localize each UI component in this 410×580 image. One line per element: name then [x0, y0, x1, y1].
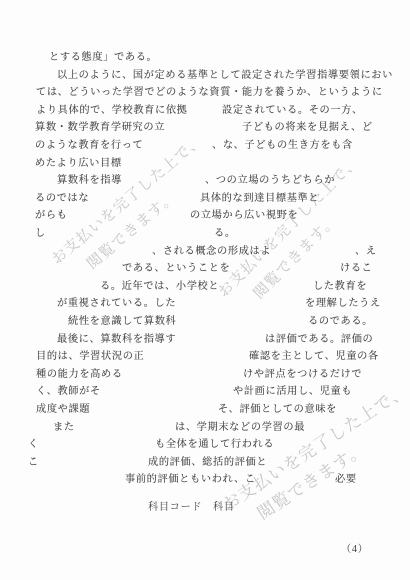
text-fragment: 確認を主として、児童の各 — [249, 347, 379, 362]
text-fragment: く — [28, 435, 39, 450]
text-fragment: した教育を — [313, 277, 367, 292]
text-fragment: し — [35, 224, 46, 239]
doc-line: ては、どういった学習でどのような資質・能力を養うか、というように — [0, 83, 410, 101]
doc-line: である、ということをけるこ — [0, 259, 410, 277]
text-fragment: 続性を意識して算数科 — [68, 312, 176, 327]
text-fragment: 、な、子どもの生き方をも含 — [212, 136, 353, 151]
text-fragment: の立場から広い視野を — [190, 206, 298, 221]
text-fragment: る。 — [214, 224, 236, 239]
text-fragment: 算数・数学教育学研究の立 — [35, 118, 165, 133]
text-fragment: のような教育を行って — [35, 136, 143, 151]
subject-code-label: 科目コード 科目 — [148, 498, 235, 513]
doc-line: くも全体を通して行われる — [0, 435, 410, 453]
text-fragment: より具体的で、学校教育に依拠 — [36, 101, 188, 116]
doc-line: 成度や課題そ、評価としての意味を — [0, 400, 410, 418]
doc-line: 算数科を指導、つの立場のうちどちらか — [0, 171, 410, 189]
text-fragment: 事前的評価ともいわれ、こ — [125, 470, 256, 485]
text-fragment: 最後に、算数科を指導す — [57, 330, 176, 345]
text-fragment: とする態度」である。 — [49, 48, 157, 63]
doc-line: る。近年では、小学校とした教育を — [0, 277, 410, 295]
text-fragment: めたより広い目標 — [35, 154, 122, 169]
doc-line: が重視されている。したを理解したうえ — [0, 294, 410, 312]
text-fragment: るのではな — [35, 189, 89, 204]
page-number: （4） — [341, 540, 368, 555]
text-fragment: 設定されている。その一方、 — [222, 101, 363, 116]
text-fragment: 以上のように、国が定める基準として設定された学習指導要領におい — [57, 66, 393, 81]
text-fragment: 算数科を指導 — [57, 171, 122, 186]
text-fragment: は評価である。評価の — [265, 330, 373, 345]
doc-line: こ成的評価、総括的評価と — [0, 453, 410, 471]
doc-line: 目的は、学習状況の正確認を主として、児童の各 — [0, 347, 410, 365]
text-fragment: けるこ — [340, 259, 373, 274]
text-fragment: けや評点をつけるだけで — [243, 365, 362, 380]
text-fragment: 成度や課題 — [36, 400, 90, 415]
doc-line: るのではな具体的な到達目標基準と — [0, 189, 410, 207]
text-fragment: 成的評価、総括的評価と — [148, 453, 267, 468]
doc-line: がらもの立場から広い視野を — [0, 206, 410, 224]
text-fragment: こ — [28, 453, 39, 468]
doc-line: 以上のように、国が定める基準として設定された学習指導要領におい — [0, 66, 410, 84]
text-fragment: が重視されている。した — [57, 294, 176, 309]
text-fragment: るのである。 — [308, 312, 373, 327]
text-fragment: である、ということを — [122, 259, 230, 274]
text-fragment: く、教師がそ — [36, 382, 101, 397]
doc-line: 、される概念の形成はよ、え — [0, 242, 410, 260]
doc-line: 続性を意識して算数科るのである。 — [0, 312, 410, 330]
text-fragment: や計画に活用し、児童も — [233, 382, 352, 397]
text-fragment: 子どもの将来を見据え、ど — [242, 118, 373, 133]
text-fragment: 目的は、学習状況の正 — [36, 347, 144, 362]
doc-line: しる。 — [0, 224, 410, 242]
text-fragment: 、つの立場のうちどちらか — [205, 171, 335, 186]
doc-line: 事前的評価ともいわれ、こ必要 — [0, 470, 410, 488]
doc-line: より具体的で、学校教育に依拠設定されている。その一方、 — [0, 101, 410, 119]
doc-line: または、学期末などの学習の最 — [0, 418, 410, 436]
document-text-layer: とする態度」である。以上のように、国が定める基準として設定された学習指導要領にお… — [0, 0, 410, 580]
doc-line: のような教育を行って、な、子どもの生き方をも含 — [0, 136, 410, 154]
text-fragment: 種の能力を高める — [36, 365, 123, 380]
doc-line: く、教師がそや計画に活用し、児童も — [0, 382, 410, 400]
doc-line: 算数・数学教育学研究の立子どもの将来を見据え、ど — [0, 118, 410, 136]
text-fragment: また — [53, 418, 75, 433]
text-fragment: そ、評価としての意味を — [218, 400, 337, 415]
doc-line: 最後に、算数科を指導すは評価である。評価の — [0, 330, 410, 348]
doc-line: めたより広い目標 — [0, 154, 410, 172]
text-fragment: 具体的な到達目標基準と — [200, 189, 319, 204]
text-fragment: は、学期末などの学習の最 — [175, 418, 305, 433]
text-fragment: がらも — [35, 206, 68, 221]
document-page: お支払いを完了した上で、閲覧できます。お支払いを完了した上で、閲覧できます。お支… — [0, 0, 410, 580]
text-fragment: を理解したうえ — [305, 294, 381, 309]
text-fragment: も全体を通して行われる — [155, 435, 274, 450]
text-fragment: 、される概念の形成はよ — [152, 242, 271, 257]
text-fragment: 必要 — [335, 470, 357, 485]
text-fragment: 、え — [355, 242, 377, 257]
text-fragment: る。近年では、小学校と — [100, 277, 219, 292]
doc-line: とする態度」である。 — [0, 48, 410, 66]
text-fragment: ては、どういった学習でどのような資質・能力を養うか、というように — [36, 83, 383, 98]
doc-line: 種の能力を高めるけや評点をつけるだけで — [0, 365, 410, 383]
